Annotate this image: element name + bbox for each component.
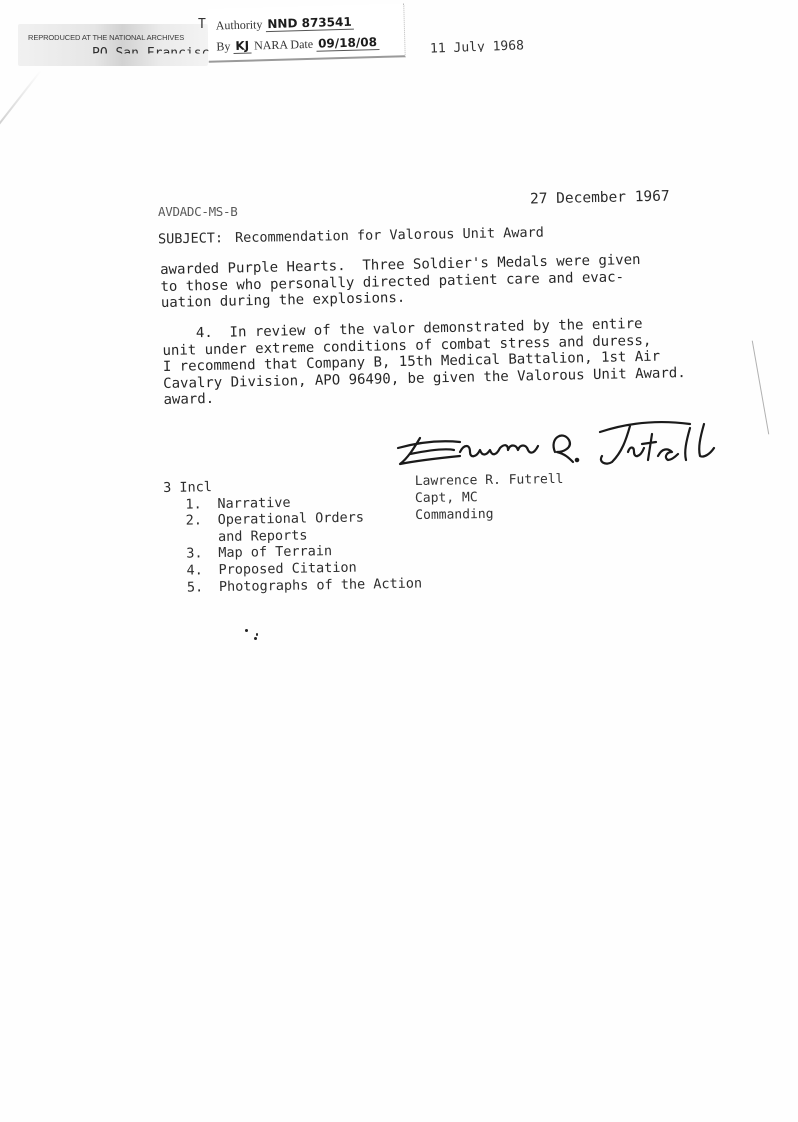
enclosure-text: Map of Terrain [218, 543, 332, 562]
signature-scrawl-icon [390, 412, 740, 472]
signer-rank: Capt, MC [415, 488, 564, 507]
paragraph-4: 4. In review of the valor demonstrated b… [162, 315, 686, 408]
archive-band [18, 24, 208, 66]
document-page: Reproduced at the National Archives T PO… [0, 0, 798, 1122]
stamp-by-row: By KJ NARA Date 09/18/08 [216, 35, 379, 55]
enclosure-number: 5. [187, 579, 219, 596]
stamp-nara-date-value: 09/18/08 [316, 35, 379, 52]
stamp-authority-value: NND 873541 [265, 15, 354, 32]
speck [245, 629, 248, 632]
letter-date: 27 December 1967 [530, 189, 670, 208]
archive-label: Reproduced at the National Archives [28, 33, 184, 42]
paragraph-continued: awarded Purple Hearts. Three Soldier's M… [160, 252, 641, 312]
speck [256, 633, 258, 636]
handwritten-signature [390, 412, 740, 472]
stamp-nara-date-label: NARA Date [254, 37, 313, 53]
signature-block: Lawrence R. Futrell Capt, MC Commanding [415, 471, 564, 524]
enclosure-item: 5. Photographs of the Action [187, 575, 422, 596]
scan-streak [0, 70, 42, 189]
stamp-authority-label: Authority [216, 17, 263, 32]
enclosures-list: 3 Incl 1. Narrative 2. Operational Order… [163, 476, 422, 597]
enclosure-number: 4. [186, 562, 218, 579]
stamp-authority-row: Authority NND 873541 [216, 15, 354, 34]
speck [254, 637, 257, 640]
stamp-by-label: By [216, 39, 230, 53]
enclosure-text: Operational Orders and Reports [218, 510, 365, 546]
subject-line: SUBJECT:Recommendation for Valorous Unit… [158, 225, 544, 248]
file-reference: AVDADC-MS-B [158, 204, 237, 219]
enclosure-item: 2. Operational Orders and Reports [186, 509, 422, 546]
previous-page-date: 11 July 1968 [430, 38, 524, 56]
stamp-by-value: KJ [233, 39, 251, 54]
nara-declassification-stamp: Authority NND 873541 By KJ NARA Date 09/… [207, 3, 405, 62]
signer-name: Lawrence R. Futrell [415, 471, 564, 490]
enclosure-text: Photographs of the Action [219, 575, 422, 595]
subject-text: Recommendation for Valorous Unit Award [235, 225, 544, 246]
signer-title: Commanding [415, 505, 564, 524]
enclosure-number: 3. [186, 545, 218, 562]
enclosure-number: 1. [185, 496, 217, 513]
scan-streak-right [752, 341, 769, 435]
enclosure-number: 2. [186, 512, 219, 546]
scan-specks [243, 626, 263, 640]
subject-label: SUBJECT: [158, 230, 223, 247]
enclosure-text: Narrative [217, 494, 290, 512]
